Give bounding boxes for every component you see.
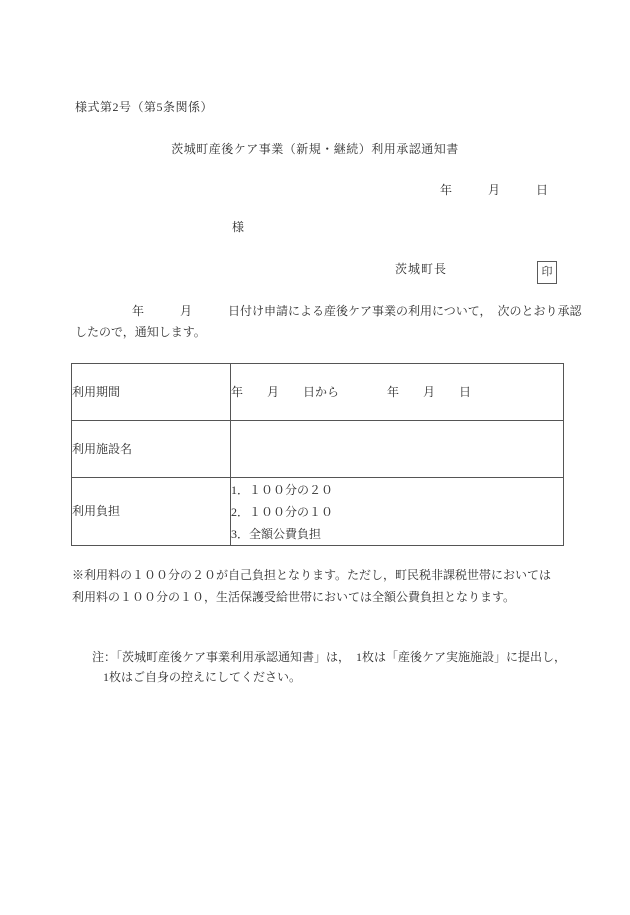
table-row-usage-period: 利用期間 年 月 日から 年 月 日 xyxy=(72,364,564,421)
table-row-facility-name: 利用施設名 xyxy=(72,421,564,478)
body-paragraph-line2: したので，通知します。 xyxy=(75,324,206,341)
footnote-line2: 1枚はご自身の控えにしてください。 xyxy=(103,669,301,686)
form-number: 様式第2号（第5条関係） xyxy=(75,99,213,116)
row-label-user-burden: 利用負担 xyxy=(72,478,231,546)
row-value-facility-name xyxy=(231,421,564,478)
row-label-facility-name: 利用施設名 xyxy=(72,421,231,478)
document-title: 茨城町産後ケア事業（新規・継続）利用承認通知書 xyxy=(0,141,630,158)
row-value-usage-period: 年 月 日から 年 月 日 xyxy=(231,364,564,421)
footnote-line1: 注：「茨城町産後ケア事業利用承認通知書」は， 1枚は「産後ケア実施施設」に提出し… xyxy=(92,649,566,666)
table-row-user-burden: 利用負担 1．１００分の２０ 2．１００分の１０ 3．全額公費負担 xyxy=(72,478,564,546)
addressee-suffix: 様 xyxy=(232,219,244,236)
row-label-usage-period: 利用期間 xyxy=(72,364,231,421)
approval-table: 利用期間 年 月 日から 年 月 日 利用施設名 利用負担 1．１００分の２０ … xyxy=(71,363,564,546)
burden-option-3: 3．全額公費負担 xyxy=(231,523,563,545)
seal-label: 印 xyxy=(542,267,553,278)
burden-option-2: 2．１００分の１０ xyxy=(231,501,563,523)
seal-box: 印 xyxy=(537,261,557,284)
fee-note-line2: 利用料の１００分の１０，生活保護受給世帯においては全額公費負担となります。 xyxy=(72,589,515,606)
document-page: 様式第2号（第5条関係） 茨城町産後ケア事業（新規・継続）利用承認通知書 年 月… xyxy=(0,0,630,915)
row-value-user-burden: 1．１００分の２０ 2．１００分の１０ 3．全額公費負担 xyxy=(231,478,564,546)
fee-note-line1: ※利用料の１００分の２０が自己負担となります。ただし，町民税非課税世帯においては xyxy=(72,567,551,584)
issue-date-line: 年 月 日 xyxy=(440,182,548,199)
body-paragraph-line1: 年 月 日付け申請による産後ケア事業の利用について， 次のとおり承認 xyxy=(132,303,582,320)
issuer-title: 茨城町長 xyxy=(395,261,447,278)
burden-option-1: 1．１００分の２０ xyxy=(231,479,563,501)
